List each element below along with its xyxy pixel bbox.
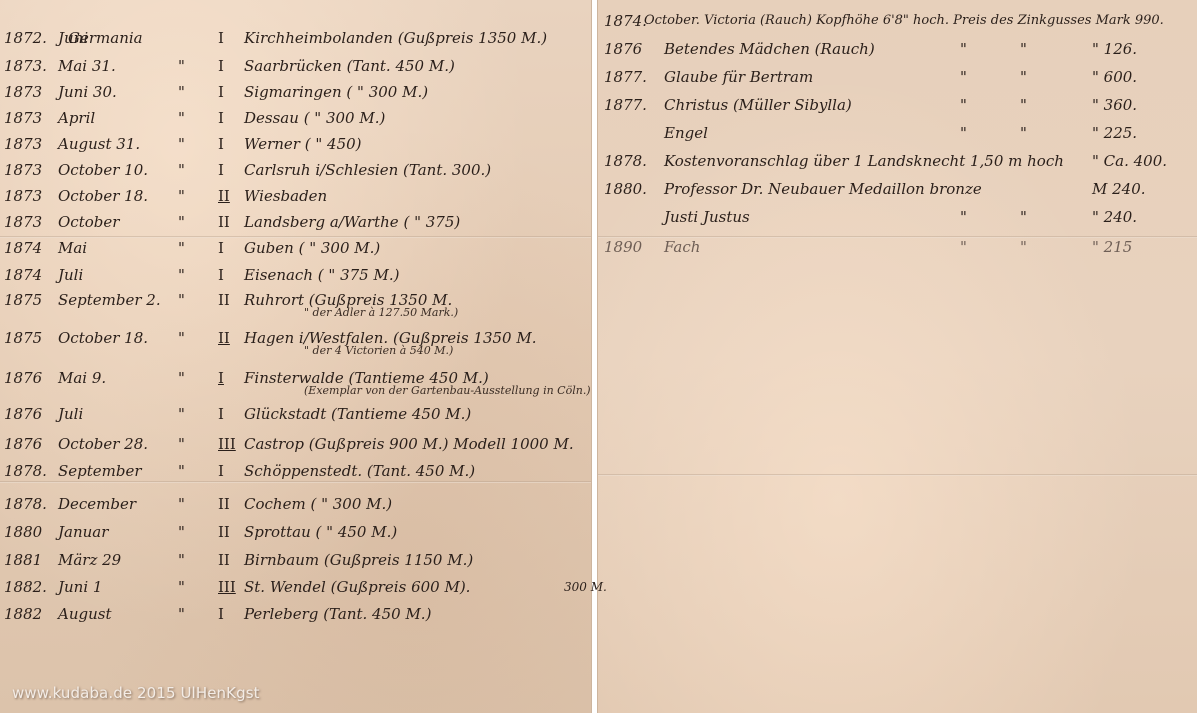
price-entry: 1877.Christus (Müller Sibylla)""" 360.: [604, 92, 1164, 118]
entry-price: " 360.: [1092, 92, 1137, 118]
ditto-mark: ": [1020, 204, 1027, 230]
entry-figure: ": [178, 184, 218, 209]
entry-grade: III: [218, 432, 244, 457]
entry-grade: I: [218, 80, 244, 105]
entry-date: Juni 1: [58, 575, 178, 600]
entry-year: 1875: [4, 326, 58, 351]
ditto-mark: ": [960, 204, 967, 230]
entry-place: St. Wendel (Gußpreis 600 M).: [244, 575, 470, 600]
entry-note: ( " 375): [403, 213, 460, 231]
entry-year: 1873: [4, 184, 58, 209]
entry-title: October. Victoria (Rauch) Kopfhöhe 6'8" …: [644, 8, 1164, 34]
entry-figure: ": [178, 263, 218, 288]
entry-grade: II: [218, 492, 244, 517]
entry-grade: I: [218, 54, 244, 79]
entry-date: October 10.: [58, 158, 178, 183]
entry-grade: II: [218, 210, 244, 235]
register-entry: 1873.Mai 31."ISaarbrücken (Tant. 450 M.): [4, 54, 590, 79]
entry-date: Mai: [58, 236, 178, 261]
entry-note: (Gußpreis 600 M).: [331, 578, 471, 596]
register-entry: 1878.September"ISchöppenstedt. (Tant. 45…: [4, 459, 590, 484]
entry-note: ( " 450): [305, 135, 362, 153]
entry-date: October 18.: [58, 184, 178, 209]
entry-note: ( " 300 M.): [304, 109, 386, 127]
register-entry: 1873April"IDessau ( " 300 M.): [4, 106, 590, 131]
entry-figure: ": [178, 132, 218, 157]
ditto-mark: ": [960, 92, 967, 118]
entry-note: (Tant. 450 M.): [323, 605, 431, 623]
entry-grade: III: [218, 575, 244, 600]
entry-price: " 215: [1092, 234, 1132, 260]
entry-place: Cochem ( " 300 M.): [244, 492, 392, 517]
entry-note: (Gußpreis 1150 M.): [324, 551, 473, 569]
entry-year: 1875: [4, 288, 58, 313]
entry-year: 1878.: [4, 492, 58, 517]
entry-price: " Ca. 400.: [1092, 148, 1167, 174]
entry-price: " 225.: [1092, 120, 1137, 146]
entry-extra: 300 M.: [564, 575, 607, 600]
entry-note: (Tant. 300.): [403, 161, 491, 179]
entry-grade: I: [218, 263, 244, 288]
entry-grade: I: [218, 158, 244, 183]
entry-year: 1877.: [604, 92, 664, 118]
price-entry: 1876Betendes Mädchen (Rauch)""" 126.: [604, 36, 1164, 62]
entry-year: 1873: [4, 158, 58, 183]
entry-grade: I: [218, 366, 244, 391]
entry-year: 1873: [4, 106, 58, 131]
register-entry: 1874Juli"IEisenach ( " 375 M.): [4, 263, 590, 288]
entry-date: September: [58, 459, 178, 484]
entry-title: Kostenvoranschlag über 1 Landsknecht 1,5…: [664, 148, 1064, 174]
entry-place: Werner ( " 450): [244, 132, 362, 157]
entry-grade: II: [218, 548, 244, 573]
entry-place: Guben ( " 300 M.): [244, 236, 380, 261]
entry-date: März 29: [58, 548, 178, 573]
entry-subnote: (Exemplar von der Gartenbau-Ausstellung …: [304, 385, 591, 397]
fold-line: [598, 474, 1197, 476]
entry-title: Professor Dr. Neubauer Medaillon bronze: [664, 176, 982, 202]
entry-title: Betendes Mädchen (Rauch): [664, 36, 875, 62]
price-entry: 1878.Kostenvoranschlag über 1 Landsknech…: [604, 148, 1164, 174]
entry-title: Christus (Müller Sibylla): [664, 92, 852, 118]
register-entry: 1882.Juni 1"IIISt. Wendel (Gußpreis 600 …: [4, 575, 590, 600]
entry-date: August 31.: [58, 132, 178, 157]
register-entry: 1872.JuniGermaniaIKirchheimbolanden (Guß…: [4, 26, 590, 51]
entry-year: 1877.: [604, 64, 664, 90]
entry-grade: I: [218, 106, 244, 131]
entry-date: October: [58, 210, 178, 235]
entry-figure: ": [178, 326, 218, 351]
entry-figure: ": [178, 432, 218, 457]
price-entry: Justi Justus""" 240.: [604, 204, 1164, 230]
entry-year: 1873: [4, 132, 58, 157]
entry-date: Juli: [58, 402, 178, 427]
entry-figure: ": [178, 402, 218, 427]
price-entry: Engel""" 225.: [604, 120, 1164, 146]
register-entry: 1875October 18."IIHagen i/Westfalen. (Gu…: [4, 326, 590, 351]
ditto-mark: ": [960, 120, 967, 146]
entry-note: (Gußpreis 900 M.) Modell 1000 M.: [309, 435, 574, 453]
price-entry: 1877.Glaube für Bertram""" 600.: [604, 64, 1164, 90]
entry-date: December: [58, 492, 178, 517]
entry-year: 1874: [4, 263, 58, 288]
entry-title: Engel: [664, 120, 708, 146]
entry-note: ( " 300 M.): [299, 239, 381, 257]
entry-year: 1872.: [4, 26, 58, 51]
ditto-mark: ": [1020, 234, 1027, 260]
entry-place: Carlsruh i/Schlesien (Tant. 300.): [244, 158, 491, 183]
entry-place: Birnbaum (Gußpreis 1150 M.): [244, 548, 473, 573]
entry-date: April: [58, 106, 178, 131]
entry-year: 1882.: [4, 575, 58, 600]
entry-grade: I: [218, 236, 244, 261]
entry-figure: ": [178, 575, 218, 600]
entry-year: 1876: [4, 402, 58, 427]
price-entry: 1880.Professor Dr. Neubauer Medaillon br…: [604, 176, 1164, 202]
entry-subnote: " der 4 Victorien à 540 M.): [304, 345, 453, 357]
entry-grade: I: [218, 602, 244, 627]
ditto-mark: ": [960, 64, 967, 90]
entry-note: ( " 300 M.): [310, 495, 392, 513]
entry-place: Landsberg a/Warthe ( " 375): [244, 210, 460, 235]
entry-note: (Tantieme 450 M.): [331, 405, 471, 423]
entry-place: Sprottau ( " 450 M.): [244, 520, 397, 545]
entry-date: Mai 31.: [58, 54, 178, 79]
ditto-mark: ": [1020, 36, 1027, 62]
entry-place: Wiesbaden: [244, 184, 327, 209]
entry-place: Saarbrücken (Tant. 450 M.): [244, 54, 455, 79]
entry-figure: ": [178, 210, 218, 235]
entry-year: 1874: [4, 236, 58, 261]
entry-figure: Germania: [68, 26, 228, 51]
entry-year: 1876: [4, 432, 58, 457]
entry-note: ( " 375 M.): [318, 266, 400, 284]
entry-date: Juli: [58, 263, 178, 288]
entry-note: (Tant. 450 M.): [347, 57, 455, 75]
entry-year: 1880.: [604, 176, 664, 202]
entry-place: Sigmaringen ( " 300 M.): [244, 80, 428, 105]
entry-note: ( " 450 M.): [316, 523, 398, 541]
entry-date: September 2.: [58, 288, 178, 313]
ditto-mark: ": [1020, 120, 1027, 146]
entry-date: Januar: [58, 520, 178, 545]
entry-title: Glaube für Bertram: [664, 64, 813, 90]
register-entry: 1881März 29"IIBirnbaum (Gußpreis 1150 M.…: [4, 548, 590, 573]
register-entry: 1878.December"IICochem ( " 300 M.): [4, 492, 590, 517]
register-entry: 1876Juli"IGlückstadt (Tantieme 450 M.): [4, 402, 590, 427]
entry-place: Dessau ( " 300 M.): [244, 106, 385, 131]
entry-place: Schöppenstedt. (Tant. 450 M.): [244, 459, 475, 484]
entry-figure: ": [178, 288, 218, 313]
register-entry: 1873October 18."IIWiesbaden: [4, 184, 590, 209]
entry-figure: ": [178, 236, 218, 261]
entry-year: 1881: [4, 548, 58, 573]
entry-grade: II: [218, 326, 244, 351]
entry-grade: I: [218, 402, 244, 427]
entry-year: 1878.: [604, 148, 664, 174]
entry-year: 1880: [4, 520, 58, 545]
entry-year: 1873: [4, 210, 58, 235]
entry-figure: ": [178, 158, 218, 183]
register-entry: 1875September 2."IIRuhrort (Gußpreis 135…: [4, 288, 590, 313]
entry-date: August: [58, 602, 178, 627]
entry-figure: ": [178, 602, 218, 627]
register-entry: 1873October"IILandsberg a/Warthe ( " 375…: [4, 210, 590, 235]
ditto-mark: ": [960, 36, 967, 62]
entry-figure: ": [178, 459, 218, 484]
entry-figure: ": [178, 106, 218, 131]
entry-price: " 600.: [1092, 64, 1137, 90]
entry-figure: ": [178, 520, 218, 545]
register-entry: 1873Juni 30."ISigmaringen ( " 300 M.): [4, 80, 590, 105]
entry-note: ( " 300 M.): [346, 83, 428, 101]
entry-grade: I: [218, 459, 244, 484]
entry-grade: II: [218, 184, 244, 209]
entry-year: 1890: [604, 234, 664, 260]
entry-date: Juni 30.: [58, 80, 178, 105]
entry-grade: II: [218, 288, 244, 313]
register-entry: 1880Januar"IISprottau ( " 450 M.): [4, 520, 590, 545]
register-entry: 1874Mai"IGuben ( " 300 M.): [4, 236, 590, 261]
entry-grade: I: [218, 26, 244, 51]
ditto-mark: ": [960, 234, 967, 260]
entry-figure: ": [178, 492, 218, 517]
entry-year: 1876: [4, 366, 58, 391]
entry-date: October 28.: [58, 432, 178, 457]
entry-place: Glückstadt (Tantieme 450 M.): [244, 402, 471, 427]
entry-year: 1876: [604, 36, 664, 62]
entry-note: (Gußpreis 1350 M.): [398, 29, 547, 47]
register-entry: 1876October 28."IIICastrop (Gußpreis 900…: [4, 432, 590, 457]
entry-price: " 240.: [1092, 204, 1137, 230]
entry-grade: II: [218, 520, 244, 545]
entry-price: M 240.: [1092, 176, 1146, 202]
watermark: www.kudaba.de 2015 UlHenKgst: [12, 684, 260, 702]
register-entry: 1873October 10."ICarlsruh i/Schlesien (T…: [4, 158, 590, 183]
price-entry: 1890Fach""" 215: [604, 234, 1164, 260]
entry-title: Justi Justus: [664, 204, 750, 230]
entry-price: " 126.: [1092, 36, 1137, 62]
entry-year: 1873: [4, 80, 58, 105]
entry-date: Mai 9.: [58, 366, 178, 391]
entry-note: (Tant. 450 M.): [367, 462, 475, 480]
ditto-mark: ": [1020, 64, 1027, 90]
register-entry: 1876Mai 9."IFinsterwalde (Tantieme 450 M…: [4, 366, 590, 391]
price-entry: 1874.October. Victoria (Rauch) Kopfhöhe …: [604, 8, 1164, 34]
entry-year: 1878.: [4, 459, 58, 484]
register-entry: 1873August 31."IWerner ( " 450): [4, 132, 590, 157]
entry-subnote: " der Adler à 127.50 Mark.): [304, 307, 458, 319]
entry-figure: ": [178, 80, 218, 105]
entry-place: Kirchheimbolanden (Gußpreis 1350 M.): [244, 26, 547, 51]
entry-place: Castrop (Gußpreis 900 M.) Modell 1000 M.: [244, 432, 574, 457]
entry-year: 1882: [4, 602, 58, 627]
entry-place: Eisenach ( " 375 M.): [244, 263, 399, 288]
register-entry: 1882August"IPerleberg (Tant. 450 M.): [4, 602, 590, 627]
entry-figure: ": [178, 366, 218, 391]
entry-date: October 18.: [58, 326, 178, 351]
entry-grade: I: [218, 132, 244, 157]
entry-title: Fach: [664, 234, 700, 260]
entry-figure: ": [178, 548, 218, 573]
ditto-mark: ": [1020, 92, 1027, 118]
entry-place: Perleberg (Tant. 450 M.): [244, 602, 431, 627]
entry-year: 1873.: [4, 54, 58, 79]
entry-figure: ": [178, 54, 218, 79]
